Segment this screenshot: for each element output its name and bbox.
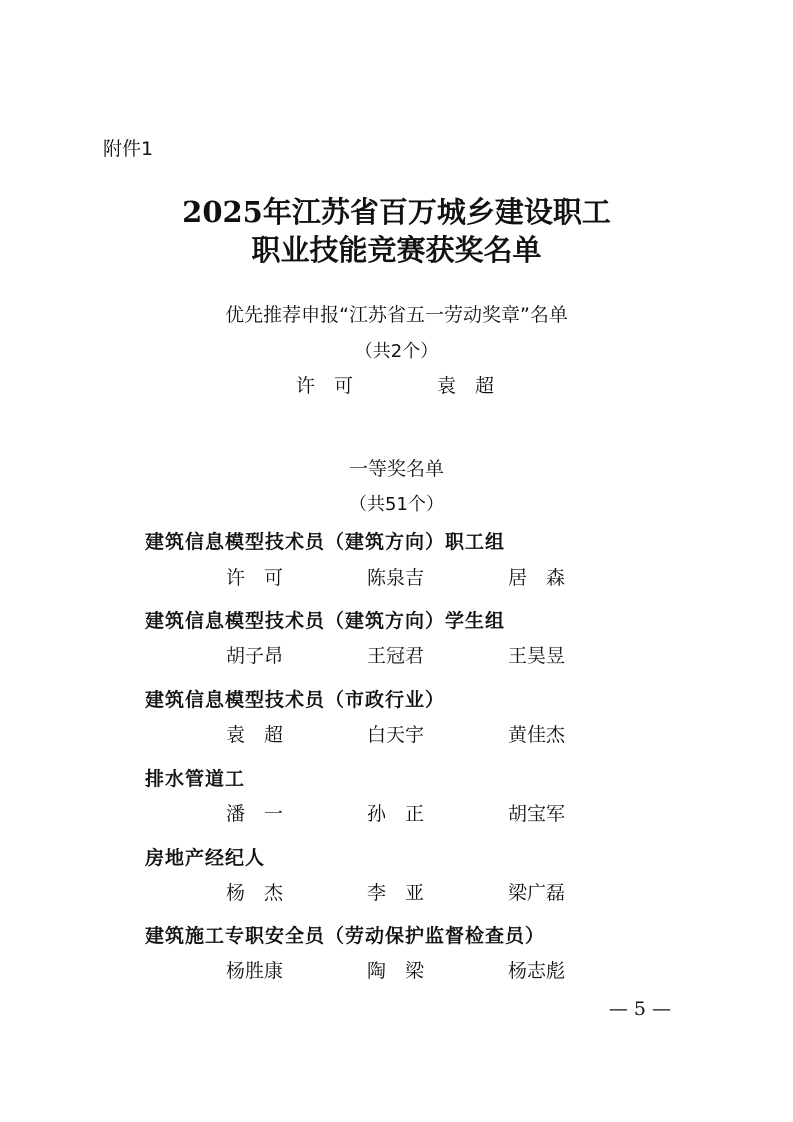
winner-name: 袁 超: [226, 720, 283, 747]
category-heading: 排水管道工: [145, 764, 245, 791]
winner-name: 杨志彪: [508, 956, 565, 983]
winner-name: 胡子昂: [226, 641, 283, 668]
page-number: — 5 —: [609, 998, 671, 1020]
winner-name: 居 森: [508, 563, 565, 590]
recommend-count: （共2个）: [0, 337, 793, 363]
winner-name: 孙 正: [367, 799, 424, 826]
winner-name: 白天宇: [367, 720, 424, 747]
winner-name: 梁广磊: [508, 878, 565, 905]
recommend-name: 袁 超: [437, 371, 494, 398]
document-title-line-1: 2025年江苏省百万城乡建设职工: [0, 190, 793, 231]
category-heading: 建筑信息模型技术员（市政行业）: [145, 685, 445, 712]
first-prize-heading: 一等奖名单: [0, 454, 793, 481]
winner-name: 王冠君: [367, 641, 424, 668]
winner-name: 陈泉吉: [367, 563, 424, 590]
recommend-heading: 优先推荐申报“江苏省五一劳动奖章”名单: [0, 300, 793, 327]
winner-name: 许 可: [226, 563, 283, 590]
category-heading: 房地产经纪人: [145, 843, 265, 870]
winner-name: 潘 一: [226, 799, 283, 826]
winner-name: 王昊昱: [508, 641, 565, 668]
category-heading: 建筑施工专职安全员（劳动保护监督检查员）: [145, 921, 545, 948]
attachment-label: 附件1: [103, 134, 153, 161]
recommend-name: 许 可: [296, 371, 353, 398]
winner-name: 胡宝军: [508, 799, 565, 826]
document-title-line-2: 职业技能竞赛获奖名单: [0, 228, 793, 269]
winner-name: 杨 杰: [226, 878, 283, 905]
winner-name: 杨胜康: [226, 956, 283, 983]
category-heading: 建筑信息模型技术员（建筑方向）职工组: [145, 527, 505, 554]
winner-name: 陶 梁: [367, 956, 424, 983]
winner-name: 黄佳杰: [508, 720, 565, 747]
first-prize-count: （共51个）: [0, 490, 793, 516]
category-heading: 建筑信息模型技术员（建筑方向）学生组: [145, 606, 505, 633]
winner-name: 李 亚: [367, 878, 424, 905]
